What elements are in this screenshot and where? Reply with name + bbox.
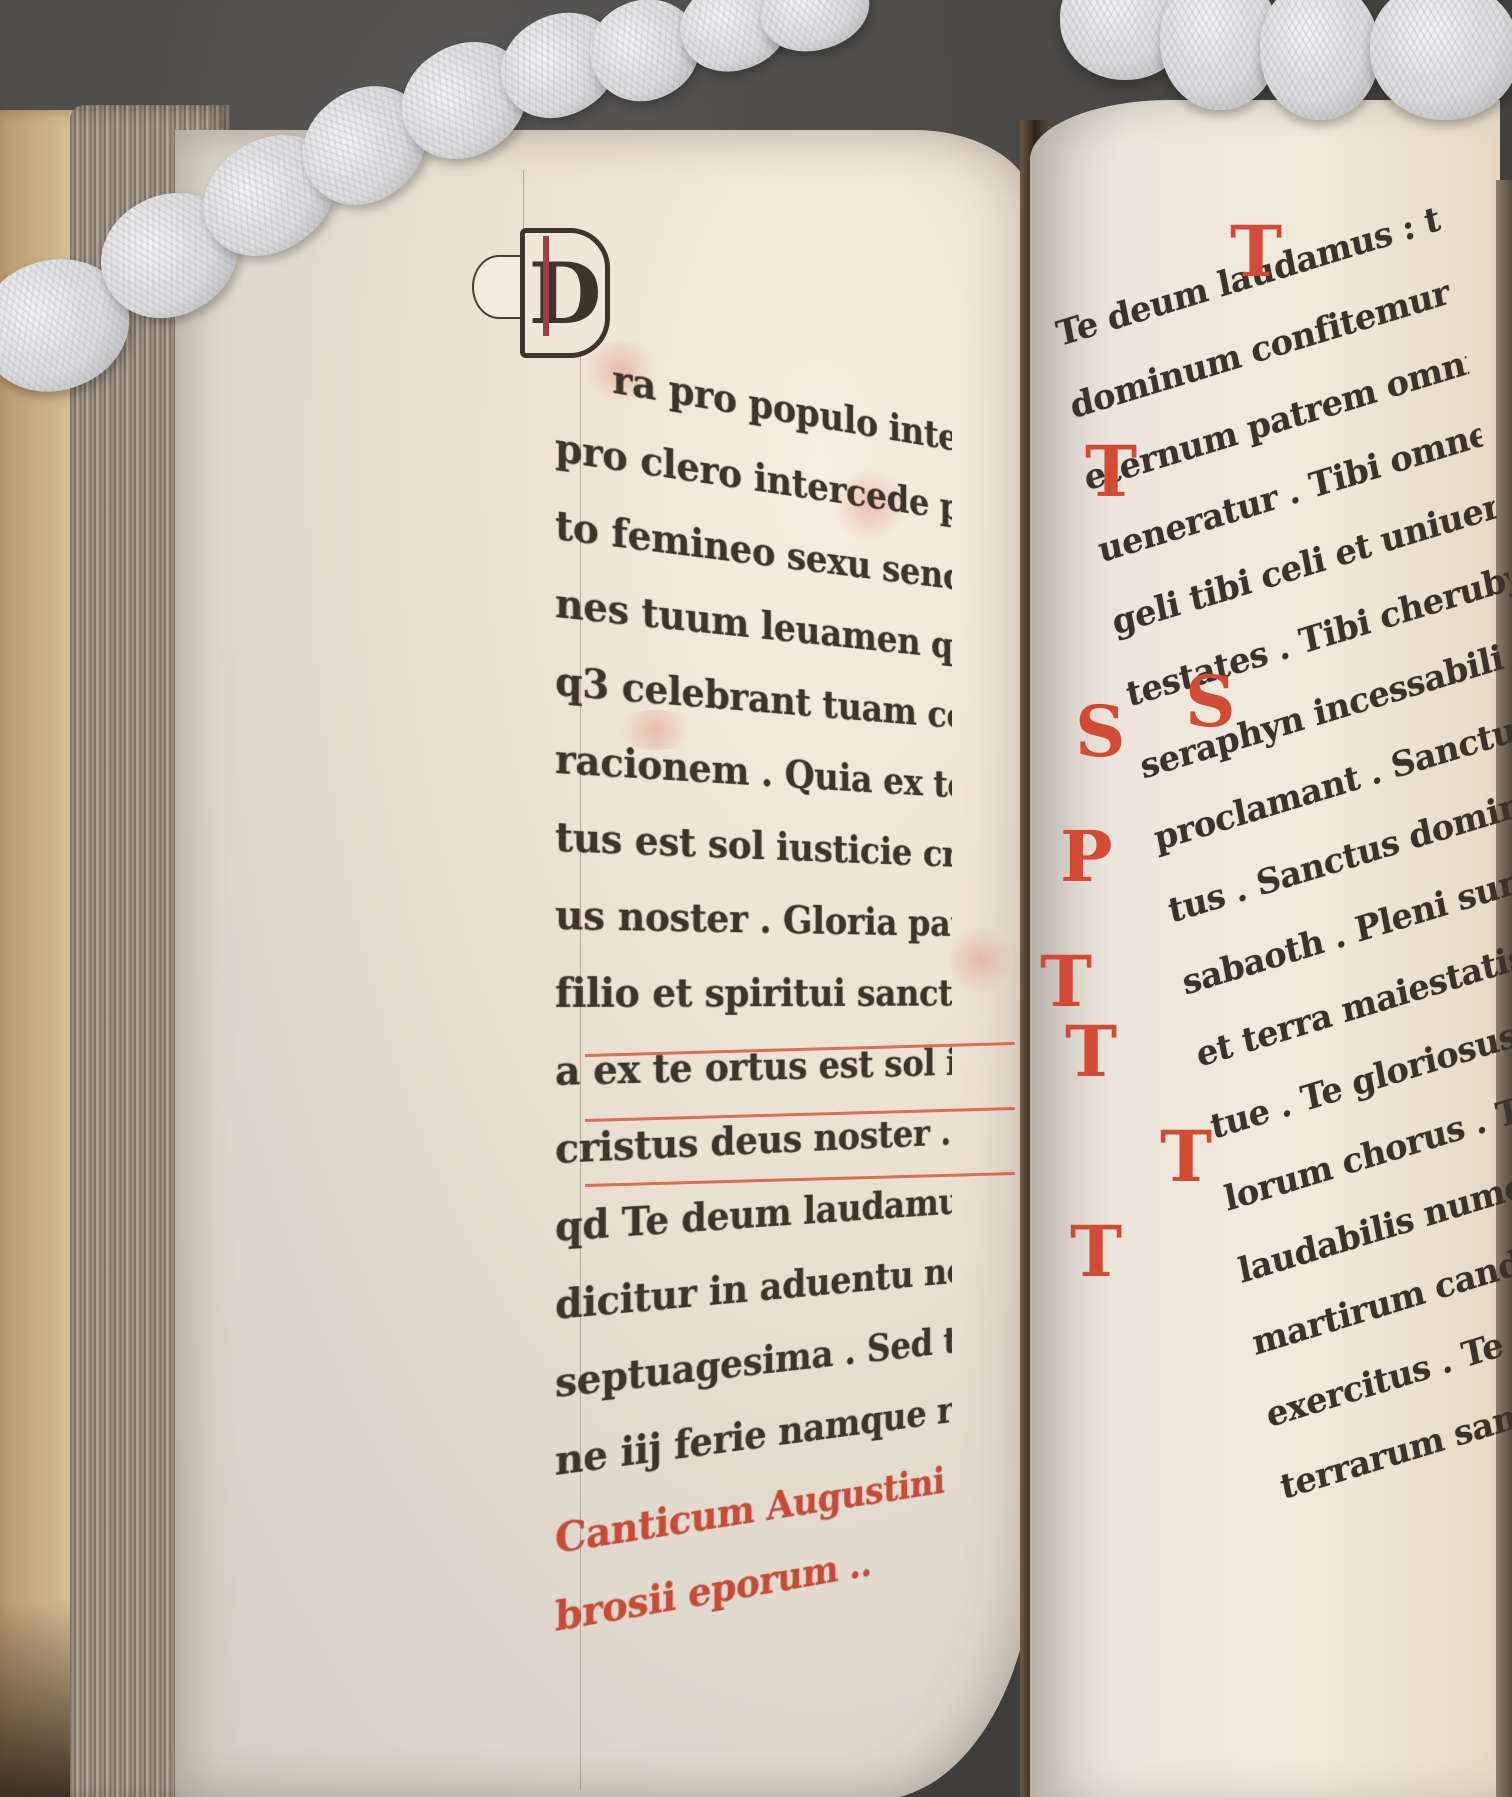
red-capital: S	[1185, 660, 1236, 743]
red-capital: T	[1085, 430, 1137, 513]
red-capital: T	[1065, 1010, 1117, 1093]
red-capital: S	[1075, 690, 1126, 773]
text-line: filio et spiritui sancto . Qui	[555, 954, 952, 1032]
left-page-text: ra pro populo interue pro clero interced…	[555, 330, 952, 1656]
red-capital: P	[1060, 815, 1113, 898]
red-capital: T	[1160, 1115, 1212, 1198]
red-capital: T	[1230, 210, 1282, 293]
grotesque-face-drawing	[472, 255, 526, 319]
red-smudge	[950, 920, 1010, 1000]
red-capital: T	[1070, 1210, 1122, 1293]
text-line: us noster . Gloria patri et	[555, 876, 952, 958]
text-line: a ex te ortus est sol iusticie	[555, 1028, 952, 1110]
manuscript-photo: D ra pro populo interue pro clero interc…	[0, 0, 1512, 1797]
initial-red-stroke	[543, 236, 549, 336]
